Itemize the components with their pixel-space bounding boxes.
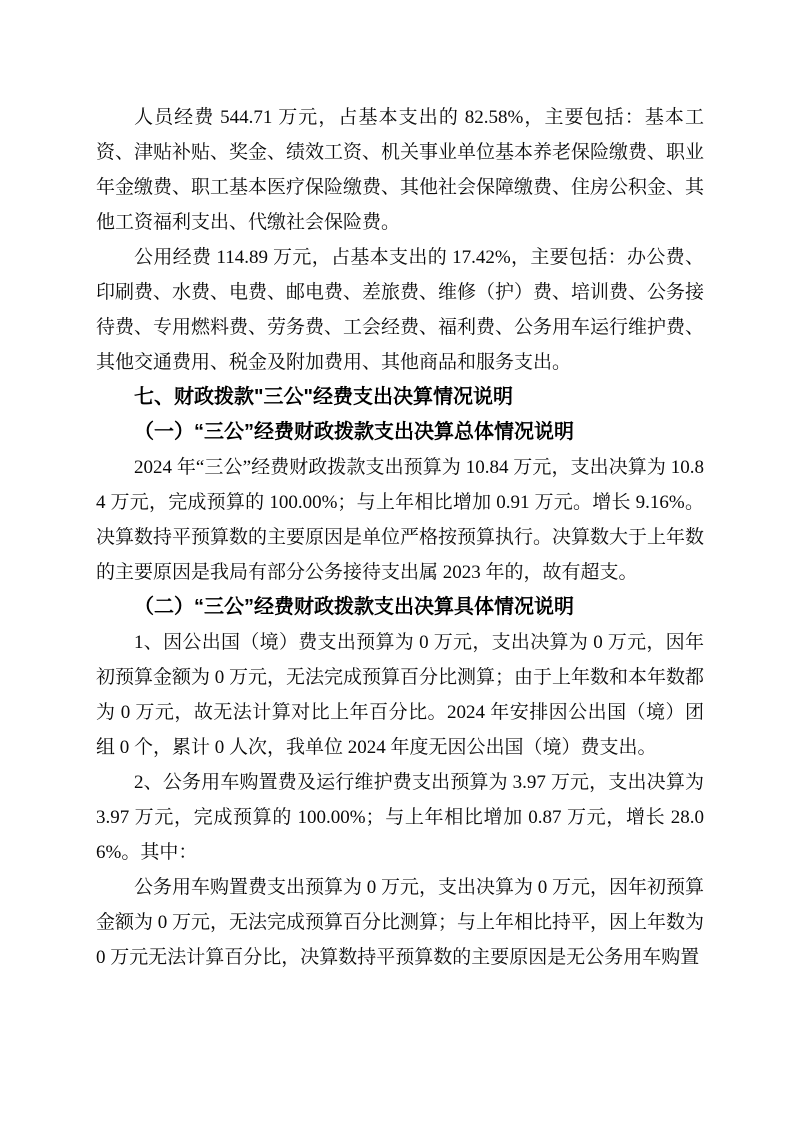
paragraph-item-1-abroad-expense: 1、因公出国（境）费支出预算为 0 万元，支出决算为 0 万元，因年初预算金额为… [96,625,704,765]
heading-subsection-two: （二）“三公”经费财政拨款支出决算具体情况说明 [96,590,704,625]
paragraph-vehicle-purchase-expense: 公务用车购置费支出预算为 0 万元，支出决算为 0 万元，因年初预算金额为 0 … [96,870,704,975]
paragraph-item-2-vehicle-expense: 2、公务用车购置费及运行维护费支出预算为 3.97 万元，支出决算为 3.97 … [96,765,704,870]
document-page: 人员经费 544.71 万元，占基本支出的 82.58%，主要包括：基本工资、津… [0,0,793,1122]
heading-subsection-one: （一）“三公”经费财政拨款支出决算总体情况说明 [96,415,704,450]
document-body: 人员经费 544.71 万元，占基本支出的 82.58%，主要包括：基本工资、津… [96,100,704,975]
paragraph-public-expense: 公用经费 114.89 万元，占基本支出的 17.42%，主要包括：办公费、印刷… [96,240,704,380]
paragraph-overall-situation: 2024 年“三公”经费财政拨款支出预算为 10.84 万元，支出决算为 10.… [96,450,704,590]
heading-section-seven: 七、财政拨款"三公"经费支出决算情况说明 [96,380,704,415]
paragraph-personnel-expense: 人员经费 544.71 万元，占基本支出的 82.58%，主要包括：基本工资、津… [96,100,704,240]
